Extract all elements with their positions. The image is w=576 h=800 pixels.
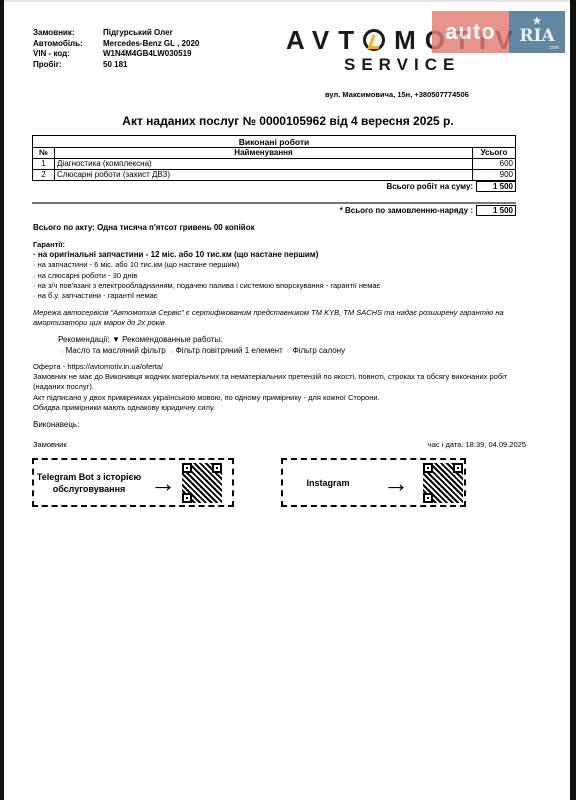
recommendation-item: Масло та масляний фільтр bbox=[66, 346, 166, 355]
info-value: Mercedes-Benz GL , 2020 bbox=[103, 39, 199, 50]
legal-section: Оферта - https://avtomotiv.in.ua/oferta/… bbox=[33, 362, 513, 413]
customer-signature-label: Замовник bbox=[33, 440, 67, 449]
row-total: 600 bbox=[473, 159, 516, 170]
logo-checkmark-icon bbox=[363, 29, 385, 51]
info-label: Замовник: bbox=[33, 28, 103, 39]
info-row-customer: Замовник: Підгурський Олег bbox=[33, 28, 199, 39]
star-icon: ★ bbox=[533, 18, 542, 26]
info-row-mileage: Пробіг: 50 181 bbox=[33, 60, 199, 71]
guarantee-item: · на оригінальні запчастини - 12 міс. аб… bbox=[33, 250, 380, 260]
executor-label: Виконавець: bbox=[33, 420, 79, 430]
offer-link[interactable]: Оферта - https://avtomotiv.in.ua/oferta/ bbox=[33, 362, 513, 372]
works-table: Виконані роботи № Найменування Усього 1 … bbox=[32, 135, 516, 181]
arrow-right-icon: → bbox=[383, 473, 409, 493]
info-value: W1N4M4GB4LW030519 bbox=[103, 49, 191, 60]
legal-line: Акт підписано у двох примірниках українс… bbox=[33, 393, 513, 403]
circle-bullet-icon: ○ bbox=[170, 349, 174, 355]
watermark-ria-text: RIA bbox=[519, 26, 554, 46]
section-divider bbox=[32, 202, 516, 204]
row-total: 900 bbox=[473, 170, 516, 181]
arrow-right-icon: → bbox=[150, 473, 176, 493]
recommendations: Рекомендації: ▼ Рекомендованные работы: … bbox=[58, 334, 345, 358]
info-label: VIN - код: bbox=[33, 49, 103, 60]
order-total-label: * Всього по замовленню-наряду : bbox=[340, 205, 476, 216]
table-row: 2 Слюсарні роботи (захист ДВЗ) 900 bbox=[33, 170, 516, 181]
info-value: 50 181 bbox=[103, 60, 127, 71]
customer-info: Замовник: Підгурський Олег Автомобіль: M… bbox=[33, 28, 199, 70]
column-header-name: Найменування bbox=[55, 148, 473, 159]
recommendation-item: Фільтр салону bbox=[293, 346, 345, 355]
company-address: вул. Максимовича, 15н, +380507774506 bbox=[325, 90, 469, 99]
column-header-num: № bbox=[33, 148, 55, 159]
column-header-total: Усього bbox=[473, 148, 516, 159]
guarantee-item: · на слюсарні роботи - 30 днів bbox=[33, 271, 380, 281]
info-label: Автомобіль: bbox=[33, 39, 103, 50]
logo-text-start: AVT bbox=[286, 25, 363, 55]
works-table-caption: Виконані роботи bbox=[33, 136, 516, 148]
promo-label: Telegram Bot з історією обслуговування bbox=[34, 471, 144, 495]
autoria-watermark: auto ★ RIA .com bbox=[432, 11, 565, 53]
guarantees-section: Гарантії: · на оригінальні запчастини - … bbox=[33, 240, 380, 301]
total-in-words: Всього по акту: Одна тисяча п'ятсот грив… bbox=[33, 223, 255, 233]
watermark-auto: auto bbox=[432, 11, 509, 53]
info-label: Пробіг: bbox=[33, 60, 103, 71]
network-note: Мережа автосервісів "Автомотив Сервіс" є… bbox=[33, 308, 513, 328]
row-num: 2 bbox=[33, 170, 55, 181]
telegram-bot-promo: Telegram Bot з історією обслуговування → bbox=[32, 458, 234, 507]
legal-line: Замовник не має до Виконавця жодних мате… bbox=[33, 372, 513, 392]
recommendations-list: ○Масло та масляний фільтр ○Фільтр повітр… bbox=[58, 345, 345, 358]
qr-code-icon[interactable] bbox=[182, 463, 222, 503]
row-num: 1 bbox=[33, 159, 55, 170]
row-name: Слюсарні роботи (захист ДВЗ) bbox=[55, 170, 473, 181]
logo-subtitle: SERVICE bbox=[344, 55, 521, 75]
order-total-value: 1 500 bbox=[476, 205, 516, 216]
info-row-vin: VIN - код: W1N4M4GB4LW030519 bbox=[33, 49, 199, 60]
promo-label: Instagram bbox=[283, 477, 373, 489]
document-datetime: час і дата: 18:39, 04.09.2025 bbox=[428, 440, 526, 449]
guarantee-item: · на запчастини - 6 міс. або 10 тис.км (… bbox=[33, 260, 380, 270]
guarantee-item: · на б.у. запчастини - гарантії немає bbox=[33, 291, 380, 301]
document-title: Акт наданих послуг № 0000105962 від 4 ве… bbox=[0, 114, 576, 128]
works-sum-value: 1 500 bbox=[476, 181, 516, 192]
works-sum-label: Всього робіт на суму: bbox=[386, 181, 476, 192]
works-sum-row: Всього робіт на суму: 1 500 bbox=[32, 181, 516, 192]
info-row-car: Автомобіль: Mercedes-Benz GL , 2020 bbox=[33, 39, 199, 50]
circle-bullet-icon: ○ bbox=[60, 349, 64, 355]
watermark-com: .com bbox=[548, 45, 559, 51]
recommendation-item: Фільтр повітряний 1 елемент bbox=[176, 346, 283, 355]
info-value: Підгурський Олег bbox=[103, 28, 173, 39]
circle-bullet-icon: ○ bbox=[287, 349, 291, 355]
recommendations-heading: Рекомендації: ▼ Рекомендованные работы: bbox=[58, 334, 345, 345]
row-name: Діагностика (комплексна) bbox=[55, 159, 473, 170]
instagram-promo: Instagram → bbox=[281, 458, 466, 507]
watermark-ria: ★ RIA .com bbox=[509, 11, 565, 53]
order-total-row: * Всього по замовленню-наряду : 1 500 bbox=[32, 205, 516, 216]
legal-line: Обидва примірники мають однакову юридичн… bbox=[33, 403, 513, 413]
guarantee-item: · на з/ч пов'язані з електрообладнанням,… bbox=[33, 281, 380, 291]
page-edge-top bbox=[4, 0, 570, 2]
qr-code-icon[interactable] bbox=[423, 463, 463, 503]
guarantees-heading: Гарантії: bbox=[33, 240, 380, 250]
table-row: 1 Діагностика (комплексна) 600 bbox=[33, 159, 516, 170]
